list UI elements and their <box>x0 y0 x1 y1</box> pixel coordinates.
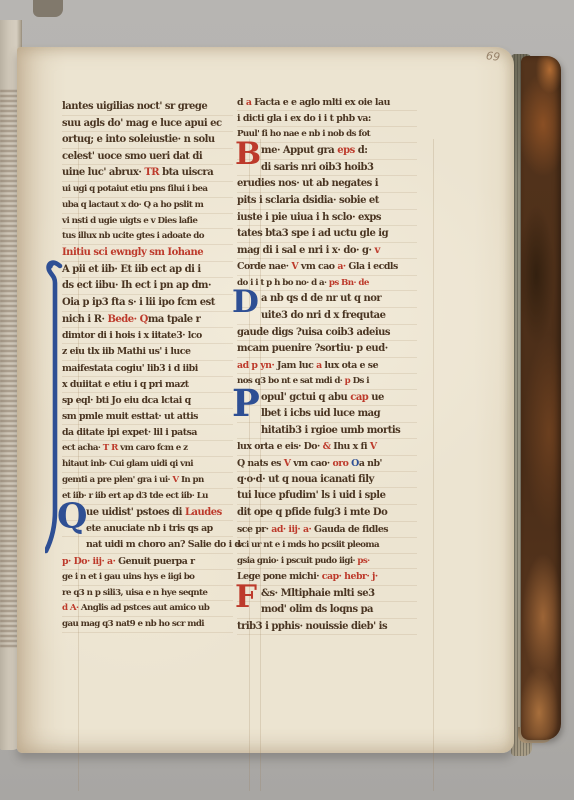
text-segment: vm cao· <box>290 458 332 469</box>
text-segment: ortuq; e into soleiustie· n solu <box>62 134 215 145</box>
text-segment: d: <box>355 145 368 156</box>
text-segment: da ditate ipi expet· lil i patsa <box>62 427 197 438</box>
red-text-segment: eps <box>337 145 354 156</box>
text-segment: suu agls do' mag e luce apui ec <box>62 118 222 129</box>
text-segment: ma tpale r <box>148 314 201 325</box>
red-text-segment: T R <box>103 443 118 453</box>
text-segment: tus illux nb ucite gtes i adoate do <box>62 231 204 241</box>
leather-cover <box>521 56 561 740</box>
red-text-segment: d A· <box>62 603 78 613</box>
text-segment: uite3 do nri d x frequtae <box>261 310 386 321</box>
text-segment: z eiu tlx iib Mathi us' i luce <box>62 346 190 357</box>
red-text-segment: a· <box>337 261 345 272</box>
text-segment: Corde nae· <box>237 261 291 272</box>
manuscript-photo: 69 lantes uigilias noct' sr gregesuu agl… <box>0 0 574 800</box>
text-segment: lbet i icbs uid luce mag <box>261 408 380 419</box>
text-line: a nb qs d de nr ut q nor <box>237 291 417 308</box>
text-line: hitaut inb· Cui glam uidi qi vni <box>62 457 233 473</box>
illuminated-initial-q: Q <box>57 499 88 534</box>
text-segment: a nb' <box>359 458 382 469</box>
red-text-segment: cap <box>350 392 368 403</box>
text-line: A pii et iib· Et iib ect ap di i <box>62 262 233 279</box>
text-line: vi nsti d ugie uigts e v Dies lafie <box>62 214 233 230</box>
text-line: Corde nae· V vm cao a· Gla i ecdls <box>237 259 417 275</box>
text-segment: gaude digs ?uisa coib3 adeius <box>237 327 390 338</box>
red-text-segment: cap· hebr· j· <box>322 571 378 582</box>
text-line: &s· Mltiphaie mlti se3 <box>237 586 417 603</box>
text-segment: a nb qs d de nr ut q nor <box>261 293 381 304</box>
text-segment: lux ota e se <box>322 360 378 371</box>
text-segment: me· Apput gra <box>261 145 337 156</box>
text-segment: Anglis ad pstces aut amico ub <box>78 603 209 613</box>
text-line: tui luce pfudim' ls i uid i sple <box>237 488 417 505</box>
text-column-left: lantes uigilias noct' sr gregesuu agls d… <box>62 99 233 633</box>
text-line: dimtor di i hois i x iitate3· lco <box>62 328 233 344</box>
text-line: ue uidist' pstoes di Laudes <box>62 505 233 522</box>
text-line: ui ugi q potaiut etiu pns filui i bea <box>62 182 233 198</box>
text-line: nich i R· Bede· Qma tpale r <box>62 312 233 329</box>
text-segment: ect acha· <box>62 443 103 453</box>
text-segment: i dicti gla i ex do i i t phb va: <box>237 113 371 124</box>
text-segment: mod' olim ds loqns pa <box>261 604 373 615</box>
text-segment: opul' gctui q abu <box>261 392 350 403</box>
text-line: tus illux nb ucite gtes i adoate do <box>62 229 233 245</box>
text-line: suu agls do' mag e luce apui ec <box>62 116 233 133</box>
text-line: opul' gctui q abu cap ue <box>237 390 417 407</box>
text-segment: ge i n et i gau uins hys e iigi bo <box>62 572 194 582</box>
text-segment: ue <box>368 392 384 403</box>
text-line: gsia gnio· i pscuit pudo iigi· ps· <box>237 554 417 570</box>
text-segment: tates bta3 spe i ad uctu gle ig <box>237 228 388 239</box>
page-number: 69 <box>485 49 500 64</box>
text-segment: uba q lactaut x do· Q a ho pslit m <box>62 200 203 210</box>
text-segment: Genuit puerpa r <box>115 556 194 567</box>
text-segment: sm pmle muit esttat· ut attis <box>62 411 198 422</box>
illuminated-initial-b: B <box>235 139 261 170</box>
text-line: uine luc' abrux· TR bta uiscra <box>62 165 233 182</box>
text-segment: d <box>237 97 246 108</box>
text-segment: nich i R· <box>62 314 107 325</box>
text-line: x duiitat e etiu i q pri mazt <box>62 377 233 393</box>
text-line: gau mag q3 nat9 e nb ho scr mdi <box>62 617 233 633</box>
text-line: erudies nos· ut ab negates i <box>237 176 417 193</box>
ruling-line <box>433 139 434 791</box>
text-line: ge i n et i gau uins hys e iigi bo <box>62 570 233 586</box>
text-line: ad p yn· Jam luc a lux ota e se <box>237 358 417 374</box>
text-line: celest' uoce smo ueri dat di <box>62 149 233 166</box>
illuminated-initial-d: D <box>232 287 259 318</box>
red-text-segment: oro <box>332 458 348 469</box>
text-line: d A· Anglis ad pstces aut amico ub <box>62 601 233 617</box>
text-line: da ditate ipi expet· lil i patsa <box>62 425 233 441</box>
text-segment: q·o·d· ut q noua icanati fily <box>237 474 374 485</box>
text-segment: gau mag q3 nat9 e nb ho scr mdi <box>62 619 204 629</box>
text-segment: ue uidist' pstoes di <box>86 507 185 518</box>
text-line: re q3 n p sili3, uisa e n hye seqnte <box>62 586 233 602</box>
text-line: q·o·d· ut q noua icanati fily <box>237 472 417 489</box>
text-line: Lege pone michi· cap· hebr· j· <box>237 569 417 585</box>
red-text-segment: ps Bn· de <box>329 278 369 288</box>
text-segment: vm cao <box>298 261 337 272</box>
text-line: di saris nri oib3 hoib3 <box>237 160 417 177</box>
red-text-segment: v <box>374 245 379 256</box>
text-segment: sci ur nt e i mds ho pcsiit pleoma <box>237 540 379 550</box>
text-segment: uine luc' abrux· <box>62 167 144 178</box>
text-segment: Q nats es <box>237 458 284 469</box>
text-segment: Jam luc <box>274 360 316 371</box>
red-text-segment: ps· <box>357 556 369 566</box>
text-segment: hitaut inb· Cui glam uidi qi vni <box>62 459 193 469</box>
text-line: Initiu sci ewngly sm Iohane <box>62 245 233 262</box>
text-line: mod' olim ds loqns pa <box>237 602 417 619</box>
text-line: uite3 do nri d x frequtae <box>237 308 417 325</box>
text-segment: Gla i ecdls <box>346 261 398 272</box>
text-segment: lantes uigilias noct' sr grege <box>62 101 207 112</box>
text-line: gaude digs ?uisa coib3 adeius <box>237 325 417 342</box>
illuminated-initial-p: P <box>232 385 260 422</box>
text-line: ds ect iibu· Ih ect i pn ap dm· <box>62 278 233 295</box>
text-segment: gsia gnio· i pscuit pudo iigi· <box>237 556 357 566</box>
text-segment: re q3 n p sili3, uisa e n hye seqnte <box>62 588 207 598</box>
illuminated-initial-f: F <box>235 582 257 613</box>
red-text-segment: ad p yn· <box>237 360 274 371</box>
text-line: i dicti gla i ex do i i t phb va: <box>237 111 417 127</box>
text-segment: trib3 i pphis· nouissie dieb' is <box>237 621 387 632</box>
text-segment: tui luce pfudim' ls i uid i sple <box>237 490 385 501</box>
text-segment: maifestata cogiu' lib3 i d iibi <box>62 363 198 374</box>
red-text-segment: Bede· Q <box>107 314 147 325</box>
red-text-segment: Laudes <box>185 507 222 518</box>
blue-text-segment: O <box>351 458 359 469</box>
red-text-segment: p· Do· iij· a· <box>62 556 115 567</box>
text-segment: A pii et iib· Et iib ect ap di i <box>62 264 201 275</box>
text-segment: In pn <box>179 475 204 485</box>
text-line: sci ur nt e i mds ho pcsiit pleoma <box>237 538 417 554</box>
text-segment: di saris nri oib3 hoib3 <box>261 162 373 173</box>
text-line: ete anuciate nb i tris qs ap <box>62 521 233 537</box>
text-line: et iib· r iib ert ap d3 tde ect iib· Lu <box>62 489 233 505</box>
text-segment: sce pr· <box>237 524 271 535</box>
text-segment: Oia p ip3 fta s· i lii ipo fcm est <box>62 297 215 308</box>
text-line: Puul' fi ho nae e nb i nob ds fot <box>237 127 417 143</box>
text-line: mcam puenire ?sortiu· p eud· <box>237 341 417 358</box>
text-line: uba q lactaut x do· Q a ho pslit m <box>62 198 233 214</box>
text-segment: sp eql· bti Jo eiu dca lctai q <box>62 395 191 406</box>
text-line: do i i t p h bo no· d a· ps Bn· de <box>237 276 417 292</box>
text-line: z eiu tlx iib Mathi us' i luce <box>62 344 233 360</box>
text-line: p· Do· iij· a· Genuit puerpa r <box>62 554 233 570</box>
text-segment: dit ope q pfide fulg3 i mte Do <box>237 507 387 518</box>
text-line: gemti a pre plen' gra i ui· V In pn <box>62 473 233 489</box>
spine-top-edge <box>33 0 63 17</box>
text-segment: lux orta e eis· Do· <box>237 441 323 452</box>
text-line: iuste i pie uiua i h sclo· exps <box>237 210 417 227</box>
text-line: me· Apput gra eps d: <box>237 143 417 160</box>
text-line: sm pmle muit esttat· ut attis <box>62 409 233 425</box>
text-line: trib3 i pphis· nouissie dieb' is <box>237 619 417 636</box>
text-line: lux orta e eis· Do· & Ihu x fi V <box>237 439 417 455</box>
text-segment: gemti a pre plen' gra i ui· <box>62 475 172 485</box>
text-segment: ds ect iibu· Ih ect i pn ap dm· <box>62 280 211 291</box>
text-line: lbet i icbs uid luce mag <box>237 406 417 423</box>
text-line: ect acha· T R vm caro fcm e z <box>62 441 233 457</box>
text-line: dit ope q pfide fulg3 i mte Do <box>237 505 417 522</box>
text-segment: &s· Mltiphaie mlti se3 <box>261 588 375 599</box>
text-segment: mag di i sal e nri i x· do· g· <box>237 245 374 256</box>
text-line: maifestata cogiu' lib3 i d iibi <box>62 361 233 377</box>
text-segment: vi nsti d ugie uigts e v Dies lafie <box>62 216 197 226</box>
text-segment: x duiitat e etiu i q pri mazt <box>62 379 189 390</box>
text-line: nos q3 bo nt e sat mdi d· p Ds i <box>237 374 417 390</box>
text-line: hitatib3 i rgioe umb mortis <box>237 423 417 440</box>
text-line: lantes uigilias noct' sr grege <box>62 99 233 116</box>
text-line: d a Facta e e aglo mlti ex oie lau <box>237 95 417 111</box>
text-line: Q nats es V vm cao· oro Oa nb' <box>237 456 417 472</box>
text-segment: hitatib3 i rgioe umb mortis <box>261 425 400 436</box>
text-segment: celest' uoce smo ueri dat di <box>62 151 202 162</box>
text-segment: Ihu x fi <box>331 441 370 452</box>
red-text-segment: V <box>370 441 377 452</box>
text-segment: dimtor di i hois i x iitate3· lco <box>62 330 202 341</box>
red-text-segment: ad· iij· a· <box>271 524 311 535</box>
text-segment: mcam puenire ?sortiu· p eud· <box>237 343 388 354</box>
red-text-segment: Initiu sci ewngly sm Iohane <box>62 247 203 258</box>
text-segment: erudies nos· ut ab negates i <box>237 178 378 189</box>
text-segment: iuste i pie uiua i h sclo· exps <box>237 212 381 223</box>
text-line: nat uidi m choro an? Salie do i d· <box>62 537 233 553</box>
text-segment: Ds i <box>350 376 369 386</box>
text-line: pits i sclaria dsidia· sobie et <box>237 193 417 210</box>
text-segment: nat uidi m choro an? Salie do i d· <box>86 539 243 550</box>
text-line: tates bta3 spe i ad uctu gle ig <box>237 226 417 243</box>
text-line: sce pr· ad· iij· a· Gauda de fidles <box>237 522 417 538</box>
text-line: mag di i sal e nri i x· do· g· v <box>237 243 417 260</box>
text-segment: ui ugi q potaiut etiu pns filui i bea <box>62 184 207 194</box>
text-segment: bta uiscra <box>159 167 213 178</box>
text-line: ortuq; e into soleiustie· n solu <box>62 132 233 149</box>
text-segment: Gauda de fidles <box>311 524 388 535</box>
text-line: Oia p ip3 fta s· i lii ipo fcm est <box>62 295 233 312</box>
red-text-segment: TR <box>144 167 159 178</box>
text-segment: ete anuciate nb i tris qs ap <box>86 523 213 534</box>
text-segment: Facta e e aglo mlti ex oie lau <box>251 97 389 108</box>
text-segment: pits i sclaria dsidia· sobie et <box>237 195 379 206</box>
red-text-segment: & <box>323 441 331 452</box>
text-column-right: d a Facta e e aglo mlti ex oie laui dict… <box>237 95 417 635</box>
text-line: sp eql· bti Jo eiu dca lctai q <box>62 393 233 409</box>
text-segment: vm caro fcm e z <box>118 443 188 453</box>
